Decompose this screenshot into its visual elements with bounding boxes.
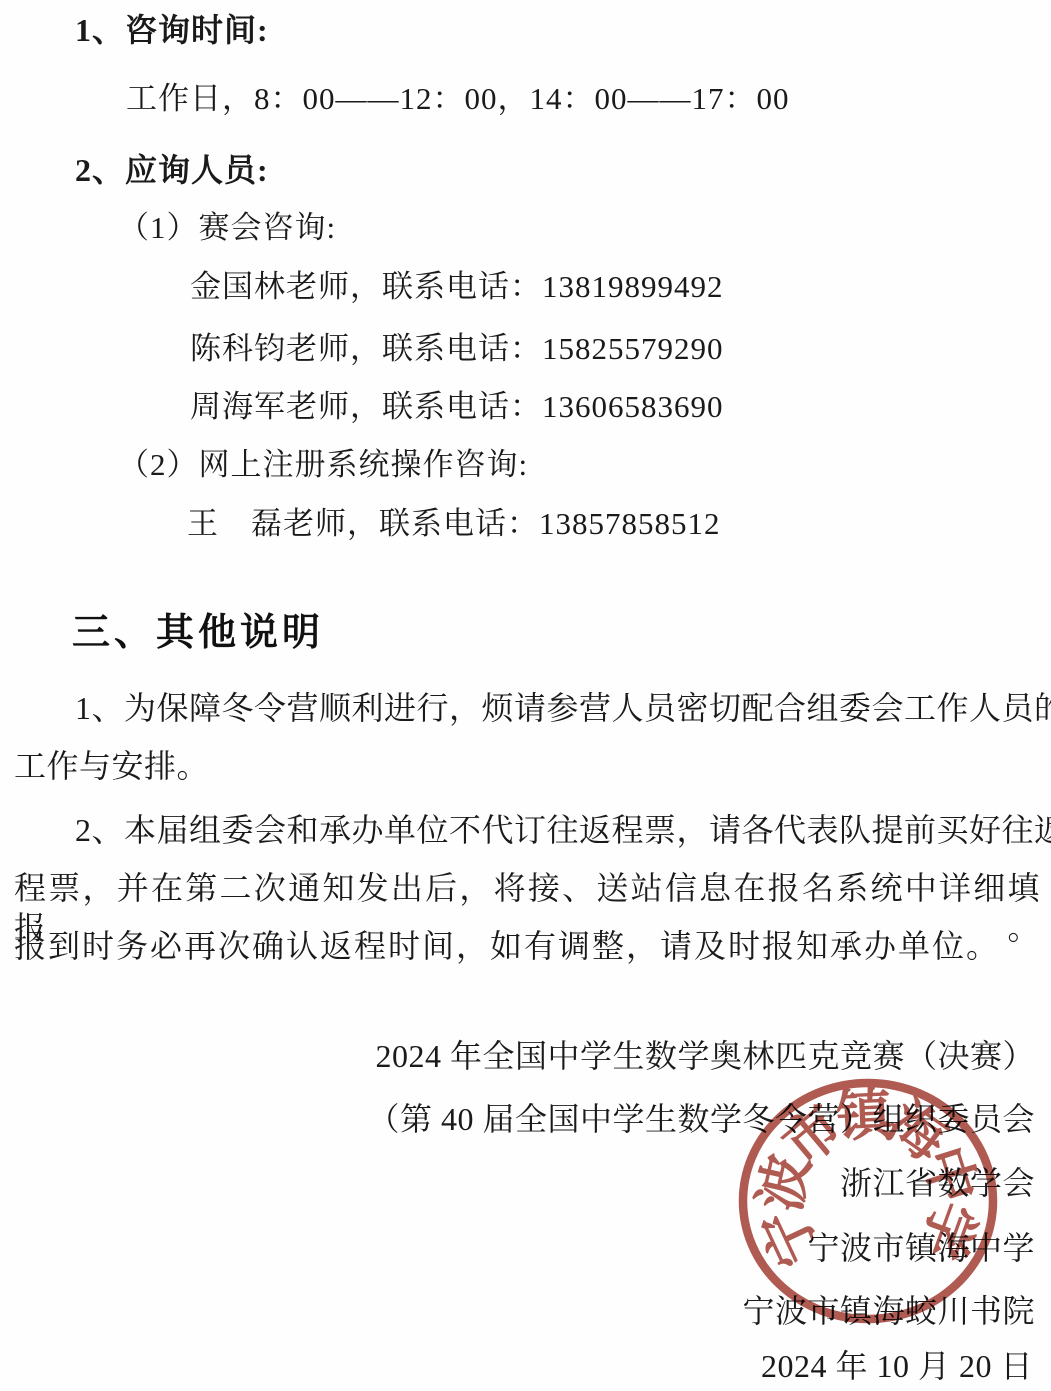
contact-line: 金国林老师，联系电话：13819899492	[190, 268, 724, 307]
note1-line2: 工作与安排。	[14, 746, 209, 786]
consult-time-value: 工作日，8：00——12：00，14：00——17：00	[126, 80, 790, 119]
signature-line-society: 浙江省数学会	[840, 1163, 1035, 1203]
signature-line-academy: 宁波市镇海蛟川书院	[742, 1291, 1035, 1331]
note1-line1: 1、为保障冬令营顺利进行，烦请参营人员密切配合组委会工作人员的	[75, 688, 1051, 728]
consult-staff-heading: 2、应询人员:	[75, 150, 269, 190]
stamp-character: 波	[749, 1149, 822, 1217]
document-page: 1、咨询时间: 工作日，8：00——12：00，14：00——17：00 2、应…	[0, 0, 1051, 1391]
registration-consult-heading: （2）网上注册系统操作咨询:	[118, 446, 528, 485]
other-notes-heading: 三、其他说明	[72, 610, 324, 658]
signature-date: 2024 年 10 月 20 日	[761, 1346, 1033, 1386]
contact-line: 周海军老师，联系电话：13606583690	[190, 388, 724, 427]
signature-line-school: 宁波市镇海中学	[807, 1228, 1035, 1268]
signature-line-committee-2: （第 40 届全国中学生数学冬令营）组织委员会	[367, 1099, 1035, 1139]
signature-line-committee-1: 2024 年全国中学生数学奥林匹克竞赛（决赛）	[375, 1036, 1035, 1076]
note2-line1: 2、本届组委会和承办单位不代订往返程票，请各代表队提前买好往返	[75, 810, 1051, 850]
contact-line: 王 磊老师，联系电话：13857858512	[187, 505, 721, 544]
event-consult-heading: （1）赛会咨询:	[118, 209, 336, 248]
contact-line: 陈科钧老师，联系电话：15825579290	[190, 330, 724, 369]
consult-time-heading: 1、咨询时间:	[75, 10, 269, 50]
note2-line3: 报到时务必再次确认返程时间，如有调整，请及时报知承办单位。	[14, 926, 1000, 966]
